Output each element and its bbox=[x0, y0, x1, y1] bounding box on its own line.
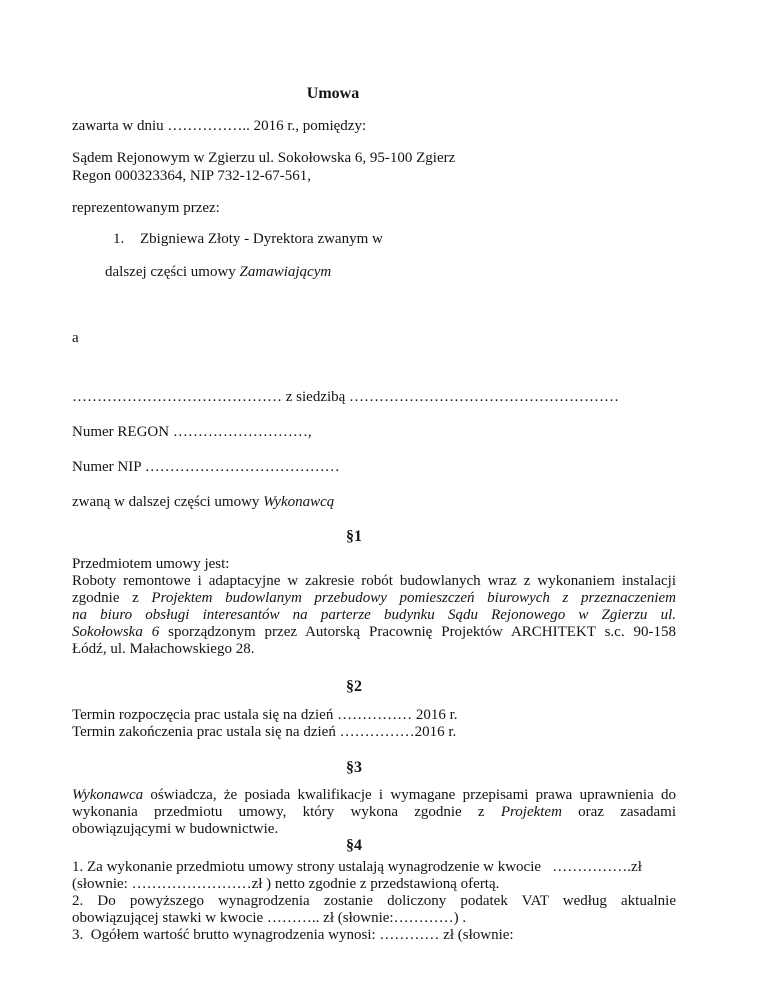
document-content: Umowa zawarta w dniu …………….. 2016 r., po… bbox=[72, 0, 676, 994]
list-item-marker: 1. bbox=[113, 231, 140, 248]
intro-line: zawarta w dniu …………….. 2016 r., pomiędzy… bbox=[72, 118, 676, 135]
document-title: Umowa bbox=[72, 85, 594, 103]
text-line: Łódź, ul. Małachowskiego 28. bbox=[72, 641, 676, 658]
section-body-2: Termin rozpoczęcia prac ustala się na dz… bbox=[72, 707, 676, 741]
representative-list-item: 1.Zbigniewa Złoty - Dyrektora zwanym w bbox=[72, 231, 676, 248]
representative-name-text: Zbigniewa Złoty - Dyrektora zwanym w bbox=[140, 231, 383, 247]
text-line: obowiązującej stawki w kwocie ……….. zł (… bbox=[72, 910, 676, 927]
defined-term-wykonawca: Wykonawcą bbox=[263, 494, 334, 510]
conjunction-a: a bbox=[72, 330, 676, 347]
party-regon-nip-line: Regon 000323364, NIP 732-12-67-561, bbox=[72, 167, 676, 185]
text-line: wykonania przedmiotu umowy, który wykona… bbox=[72, 804, 676, 821]
section-body-1: Przedmiotem umowy jest:Roboty remontowe … bbox=[72, 556, 676, 658]
contractor-name-line: zwaną w dalszej części umowy Wykonawcą bbox=[72, 494, 676, 511]
contractor-regon-blank-line: Numer REGON ………………………, bbox=[72, 424, 676, 441]
section-heading-3: §3 bbox=[72, 759, 636, 777]
text-line: Roboty remontowe i adaptacyjne w zakresi… bbox=[72, 573, 676, 590]
represented-by-line: reprezentowanym przez: bbox=[72, 200, 676, 217]
section-heading-2: §2 bbox=[72, 678, 636, 696]
text-line: zgodnie z Projektem budowlanym przebudow… bbox=[72, 590, 676, 607]
text-line: na biuro obsługi interesantów na parterz… bbox=[72, 607, 676, 624]
text-line: 1. Za wykonanie przedmiotu umowy strony … bbox=[72, 859, 676, 876]
text-line: Sokołowska 6 sporządzonym przez Autorską… bbox=[72, 624, 676, 641]
section-body-4: 1. Za wykonanie przedmiotu umowy strony … bbox=[72, 859, 676, 944]
text-line: obowiązującymi w budownictwie. bbox=[72, 821, 676, 838]
section-heading-4: §4 bbox=[72, 837, 636, 855]
representative-continuation-line: dalszej części umowy Zamawiającym bbox=[72, 264, 676, 281]
text-line: Termin zakończenia prac ustala się na dz… bbox=[72, 724, 676, 741]
text-line: Termin rozpoczęcia prac ustala się na dz… bbox=[72, 707, 676, 724]
text-line: (słownie: ……………………zł ) netto zgodnie z p… bbox=[72, 876, 676, 893]
contractor-nip-blank-line: Numer NIP ………………………………… bbox=[72, 459, 676, 476]
defined-term-zamawiajacym: Zamawiającym bbox=[240, 264, 332, 280]
party-name-address-line: Sądem Rejonowym w Zgierzu ul. Sokołowska… bbox=[72, 149, 676, 167]
continuation-text: dalszej części umowy bbox=[105, 264, 240, 280]
text-line: Przedmiotem umowy jest: bbox=[72, 556, 676, 573]
text-line: 2. Do powyższego wynagrodzenia zostanie … bbox=[72, 893, 676, 910]
section-heading-1: §1 bbox=[72, 528, 636, 546]
text-line: Wykonawca oświadcza, że posiada kwalifik… bbox=[72, 787, 676, 804]
contractor-name-prefix: zwaną w dalszej części umowy bbox=[72, 494, 263, 510]
text-line: 3. Ogółem wartość brutto wynagrodzenia w… bbox=[72, 927, 676, 944]
contract-document-page: Umowa zawarta w dniu …………….. 2016 r., po… bbox=[0, 0, 768, 994]
contractor-seat-blank-line: …………………………………… z siedzibą ……………………………………… bbox=[72, 389, 676, 406]
section-body-3: Wykonawca oświadcza, że posiada kwalifik… bbox=[72, 787, 676, 838]
ordering-party-block: Sądem Rejonowym w Zgierzu ul. Sokołowska… bbox=[72, 149, 676, 185]
